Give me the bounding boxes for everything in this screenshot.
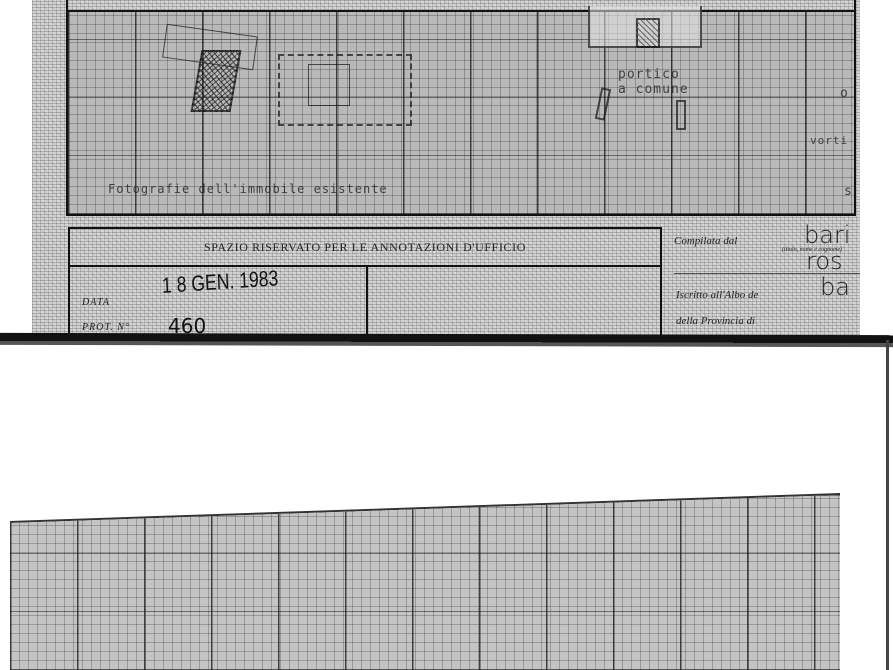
right-edge-fragment-2: vorti — [810, 134, 848, 147]
cadastral-map-grid: Fotografie dell'immobile esistente porti… — [66, 10, 856, 216]
pillar-sketch-1 — [595, 87, 611, 120]
lower-graph-paper-sheet — [10, 495, 840, 670]
compiler-info-block: Compilata dal bari (titolo, nome e cogno… — [664, 227, 860, 338]
iscritto-label: Iscritto all'Albo de — [676, 289, 758, 301]
annotation-box-header: SPAZIO RISERVATO PER LE ANNOTAZIONI D'UF… — [70, 229, 660, 267]
map-top-strip — [66, 0, 856, 10]
portico-column-sketch — [636, 18, 660, 48]
compilata-value-line2: ros — [806, 247, 843, 275]
building-outline-sketch-3 — [162, 24, 258, 70]
portico-label-line2: a comune — [618, 82, 689, 97]
building-outline-sketch-2 — [308, 64, 350, 106]
portico-label-line1: portico — [618, 67, 680, 82]
protocol-label: PROT. N° — [82, 322, 130, 333]
pillar-sketch-2 — [676, 100, 686, 130]
provincia-label: della Provincia di — [676, 315, 755, 327]
data-label: DATA — [82, 297, 110, 308]
compilata-value-line1: bari — [804, 221, 850, 249]
compilata-label: Compilata dal — [674, 235, 737, 247]
iscritto-value: ba — [820, 273, 850, 301]
date-stamp: 1 8 GEN. 1983 — [161, 265, 278, 299]
office-annotation-box: SPAZIO RISERVATO PER LE ANNOTAZIONI D'UF… — [68, 227, 662, 338]
scan-right-edge — [886, 340, 889, 670]
right-edge-fragment-3: s — [844, 184, 853, 199]
annotation-empty-cell — [368, 267, 660, 340]
annotation-date-protocol-cell: DATA 1 8 GEN. 1983 PROT. N° 460 — [70, 267, 368, 340]
scan-separator-bar — [0, 333, 893, 347]
map-handwriting-bottom: Fotografie dell'immobile esistente — [108, 182, 388, 196]
upper-scanned-sheet: Fotografie dell'immobile esistente porti… — [32, 0, 860, 338]
right-edge-fragment-1: o — [840, 86, 849, 101]
